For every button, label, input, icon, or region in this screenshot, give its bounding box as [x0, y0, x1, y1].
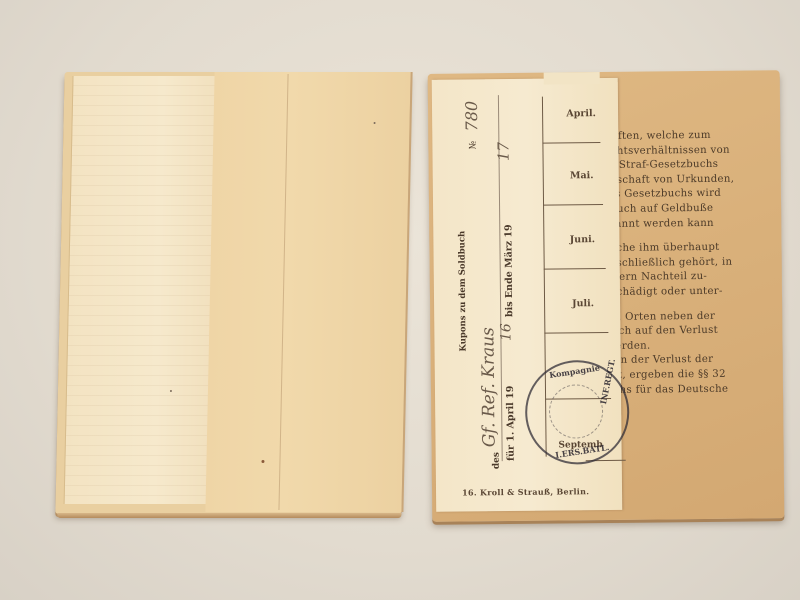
booklet-page-edges	[57, 513, 401, 518]
month-divider	[544, 268, 606, 270]
soldbuch-coupon: April. Mai. Juni. Juli. Septemb Kupons z…	[432, 78, 623, 512]
year-end-handwritten: 17	[494, 142, 512, 161]
coupon-tab	[544, 72, 600, 85]
booklet-folded-flap	[205, 72, 412, 512]
booklet-inner-page	[64, 76, 224, 504]
regimental-stamp: Kompagnie I.ERS.BATL. INF.REGT.	[518, 353, 636, 471]
printer-imprint: 16. Kroll & Strauß, Berlin.	[462, 486, 589, 497]
coupon-number: 780	[462, 101, 481, 132]
period-prefix: für 1. April 19	[505, 386, 517, 461]
stamp-text-right: INF.REGT.	[598, 358, 617, 405]
month-divider	[543, 204, 603, 206]
stain-spot	[374, 122, 376, 124]
month-juli: Juli.	[546, 298, 620, 310]
stamp-eagle-emblem	[545, 381, 606, 442]
month-april: April.	[544, 108, 618, 120]
month-mai: Mai.	[545, 170, 619, 182]
text-line: beschädigt oder unter-	[598, 284, 782, 301]
period-middle: bis Ende März 19	[503, 224, 515, 317]
month-divider	[544, 332, 608, 334]
stamp-text-top: I.ERS.BATL.	[555, 442, 610, 460]
stamp-text-middle: Kompagnie	[549, 363, 601, 380]
des-label: des	[492, 452, 502, 469]
stain-spot	[170, 390, 172, 392]
left-booklet	[55, 72, 410, 514]
right-document-card: chriften, welche zum Rechtsverhältnissen…	[428, 70, 785, 522]
month-juni: Juni.	[545, 234, 619, 246]
text-line: erkannt werden kann	[597, 216, 781, 233]
soldier-name-handwritten: Gf. Ref. Kraus	[478, 327, 499, 447]
year-start-handwritten: 16	[498, 323, 514, 341]
coupon-number-prefix: №	[468, 141, 478, 150]
coupon-title: Kupons zu dem Soldbuch	[457, 231, 468, 352]
month-divider	[542, 142, 600, 144]
printed-legal-text: chriften, welche zum Rechtsverhältnissen…	[596, 128, 783, 408]
